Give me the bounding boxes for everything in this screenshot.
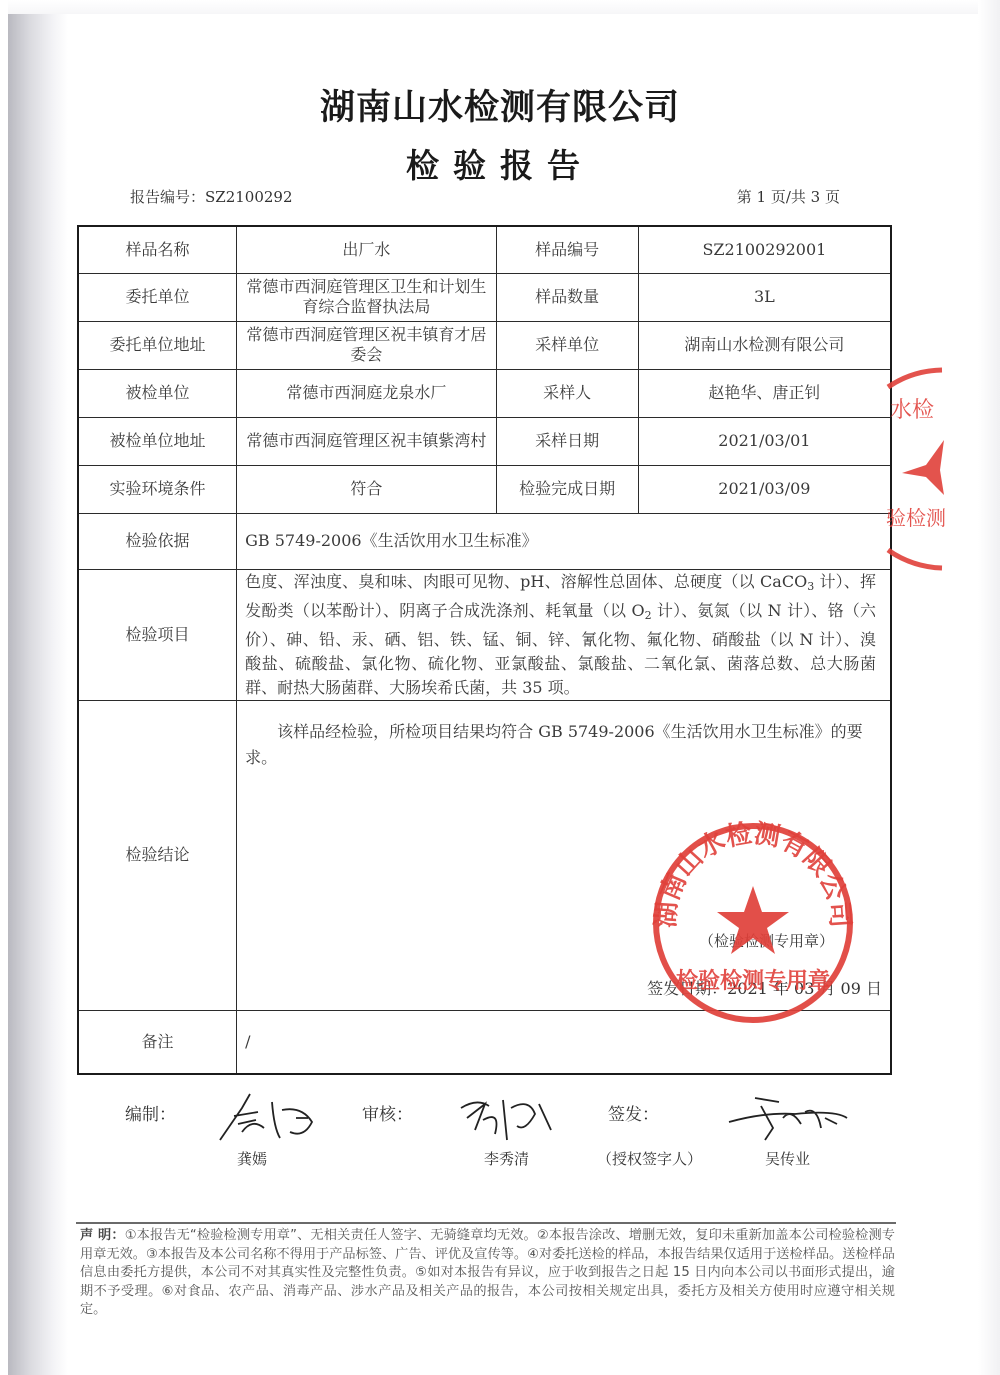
scan-edge-right: [978, 0, 1000, 1375]
sample-quantity-value: 3L: [638, 273, 891, 321]
report-number-value: SZ2100292: [205, 188, 293, 206]
issued-name: 吴传业: [765, 1148, 810, 1169]
client-address-value: 常德市西洞庭管理区祝丰镇育才居委会: [237, 321, 496, 369]
inspected-address-value: 常德市西洞庭管理区祝丰镇紫湾村: [237, 417, 496, 465]
star-icon: [902, 440, 944, 495]
conclusion-value: 该样品经检验，所检项目结果均符合 GB 5749-2006《生活饮用水卫生标准》…: [237, 700, 891, 1010]
table-row: 备注 /: [78, 1010, 891, 1074]
table-row: 检验结论 该样品经检验，所检项目结果均符合 GB 5749-2006《生活饮用水…: [78, 700, 891, 1010]
page-info: 第 1 页/共 3 页: [737, 186, 840, 207]
basis-value: GB 5749-2006《生活饮用水卫生标准》: [237, 513, 891, 569]
reviewed-name: 李秀清: [484, 1148, 529, 1169]
inspected-unit-value: 常德市西洞庭龙泉水厂: [237, 369, 496, 417]
lab-conditions-value: 符合: [237, 465, 496, 513]
inspected-address-label: 被检单位地址: [78, 417, 237, 465]
compiled-label: 编制：: [125, 1100, 176, 1125]
seam-stamp-partial: 水检 验检测: [882, 365, 952, 575]
completion-date-label: 检验完成日期: [496, 465, 638, 513]
client-value: 常德市西洞庭管理区卫生和计划生育综合监督执法局: [237, 273, 496, 321]
table-row: 实验环境条件 符合 检验完成日期 2021/03/09: [78, 465, 891, 513]
issued-role: （授权签字人）: [597, 1148, 702, 1169]
disclaimer: 声 明：①本报告无“检验检测专用章”、无相关责任人签字、无骑缝章均无效。②本报告…: [80, 1227, 895, 1320]
footer-divider: [76, 1222, 896, 1224]
disclaimer-title: 声 明：: [80, 1228, 125, 1243]
remarks-value: /: [237, 1010, 891, 1074]
sample-quantity-label: 样品数量: [496, 273, 638, 321]
client-address-label: 委托单位地址: [78, 321, 237, 369]
compiled-name: 龚嫣: [237, 1148, 267, 1169]
reviewed-label: 审核：: [362, 1100, 413, 1125]
client-label: 委托单位: [78, 273, 237, 321]
report-number: 报告编号：SZ2100292: [130, 186, 293, 207]
report-title: 检验报告: [0, 140, 1000, 187]
table-row: 被检单位地址 常德市西洞庭管理区祝丰镇紫湾村 采样日期 2021/03/01: [78, 417, 891, 465]
table-row: 检验项目 色度、浑浊度、臭和味、肉眼可见物、pH、溶解性总固体、总硬度（以 Ca…: [78, 569, 891, 700]
scan-binding-shadow: [8, 14, 68, 1375]
lab-conditions-label: 实验环境条件: [78, 465, 237, 513]
completion-date-value: 2021/03/09: [638, 465, 891, 513]
conclusion-text: 该样品经检验，所检项目结果均符合 GB 5749-2006《生活饮用水卫生标准》…: [245, 719, 884, 771]
conclusion-label: 检验结论: [78, 700, 237, 1010]
items-value: 色度、浑浊度、臭和味、肉眼可见物、pH、溶解性总固体、总硬度（以 CaCO3 计…: [237, 569, 891, 700]
sampler-value: 赵艳华、唐正钊: [638, 369, 891, 417]
report-number-label: 报告编号：: [130, 188, 205, 206]
sampler-label: 采样人: [496, 369, 638, 417]
seal-note: （检验检测专用章）: [699, 931, 834, 951]
inspected-unit-label: 被检单位: [78, 369, 237, 417]
sampling-date-value: 2021/03/01: [638, 417, 891, 465]
sample-id-label: 样品编号: [496, 226, 638, 273]
sample-name-value: 出厂水: [237, 226, 496, 273]
sample-id-value: SZ2100292001: [638, 226, 891, 273]
items-text: 色度、浑浊度、臭和味、肉眼可见物、pH、溶解性总固体、总硬度（以 CaCO3 计…: [245, 570, 884, 700]
scan-edge-top: [8, 0, 1000, 14]
company-name: 湖南山水检测有限公司: [0, 80, 1000, 130]
table-row: 被检单位 常德市西洞庭龙泉水厂 采样人 赵艳华、唐正钊: [78, 369, 891, 417]
sample-name-label: 样品名称: [78, 226, 237, 273]
compiled-signature: [212, 1088, 362, 1148]
items-label: 检验项目: [78, 569, 237, 700]
reviewed-signature: [455, 1090, 565, 1150]
table-row: 委托单位 常德市西洞庭管理区卫生和计划生育综合监督执法局 样品数量 3L: [78, 273, 891, 321]
remarks-label: 备注: [78, 1010, 237, 1074]
svg-text:水检: 水检: [890, 398, 934, 423]
sampling-unit-label: 采样单位: [496, 321, 638, 369]
table-row: 样品名称 出厂水 样品编号 SZ2100292001: [78, 226, 891, 273]
issued-signature: [725, 1088, 855, 1148]
sampling-unit-value: 湖南山水检测有限公司: [638, 321, 891, 369]
disclaimer-text: ①本报告无“检验检测专用章”、无相关责任人签字、无骑缝章均无效。②本报告涂改、增…: [80, 1228, 895, 1317]
report-table: 样品名称 出厂水 样品编号 SZ2100292001 委托单位 常德市西洞庭管理…: [77, 225, 892, 1075]
basis-label: 检验依据: [78, 513, 237, 569]
table-row: 委托单位地址 常德市西洞庭管理区祝丰镇育才居委会 采样单位 湖南山水检测有限公司: [78, 321, 891, 369]
issued-label: 签发：: [608, 1100, 659, 1125]
issue-date: 签发日期：2021 年 03 月 09 日: [647, 979, 882, 999]
svg-text:验检测: 验检测: [886, 506, 946, 530]
table-row: 检验依据 GB 5749-2006《生活饮用水卫生标准》: [78, 513, 891, 569]
sampling-date-label: 采样日期: [496, 417, 638, 465]
